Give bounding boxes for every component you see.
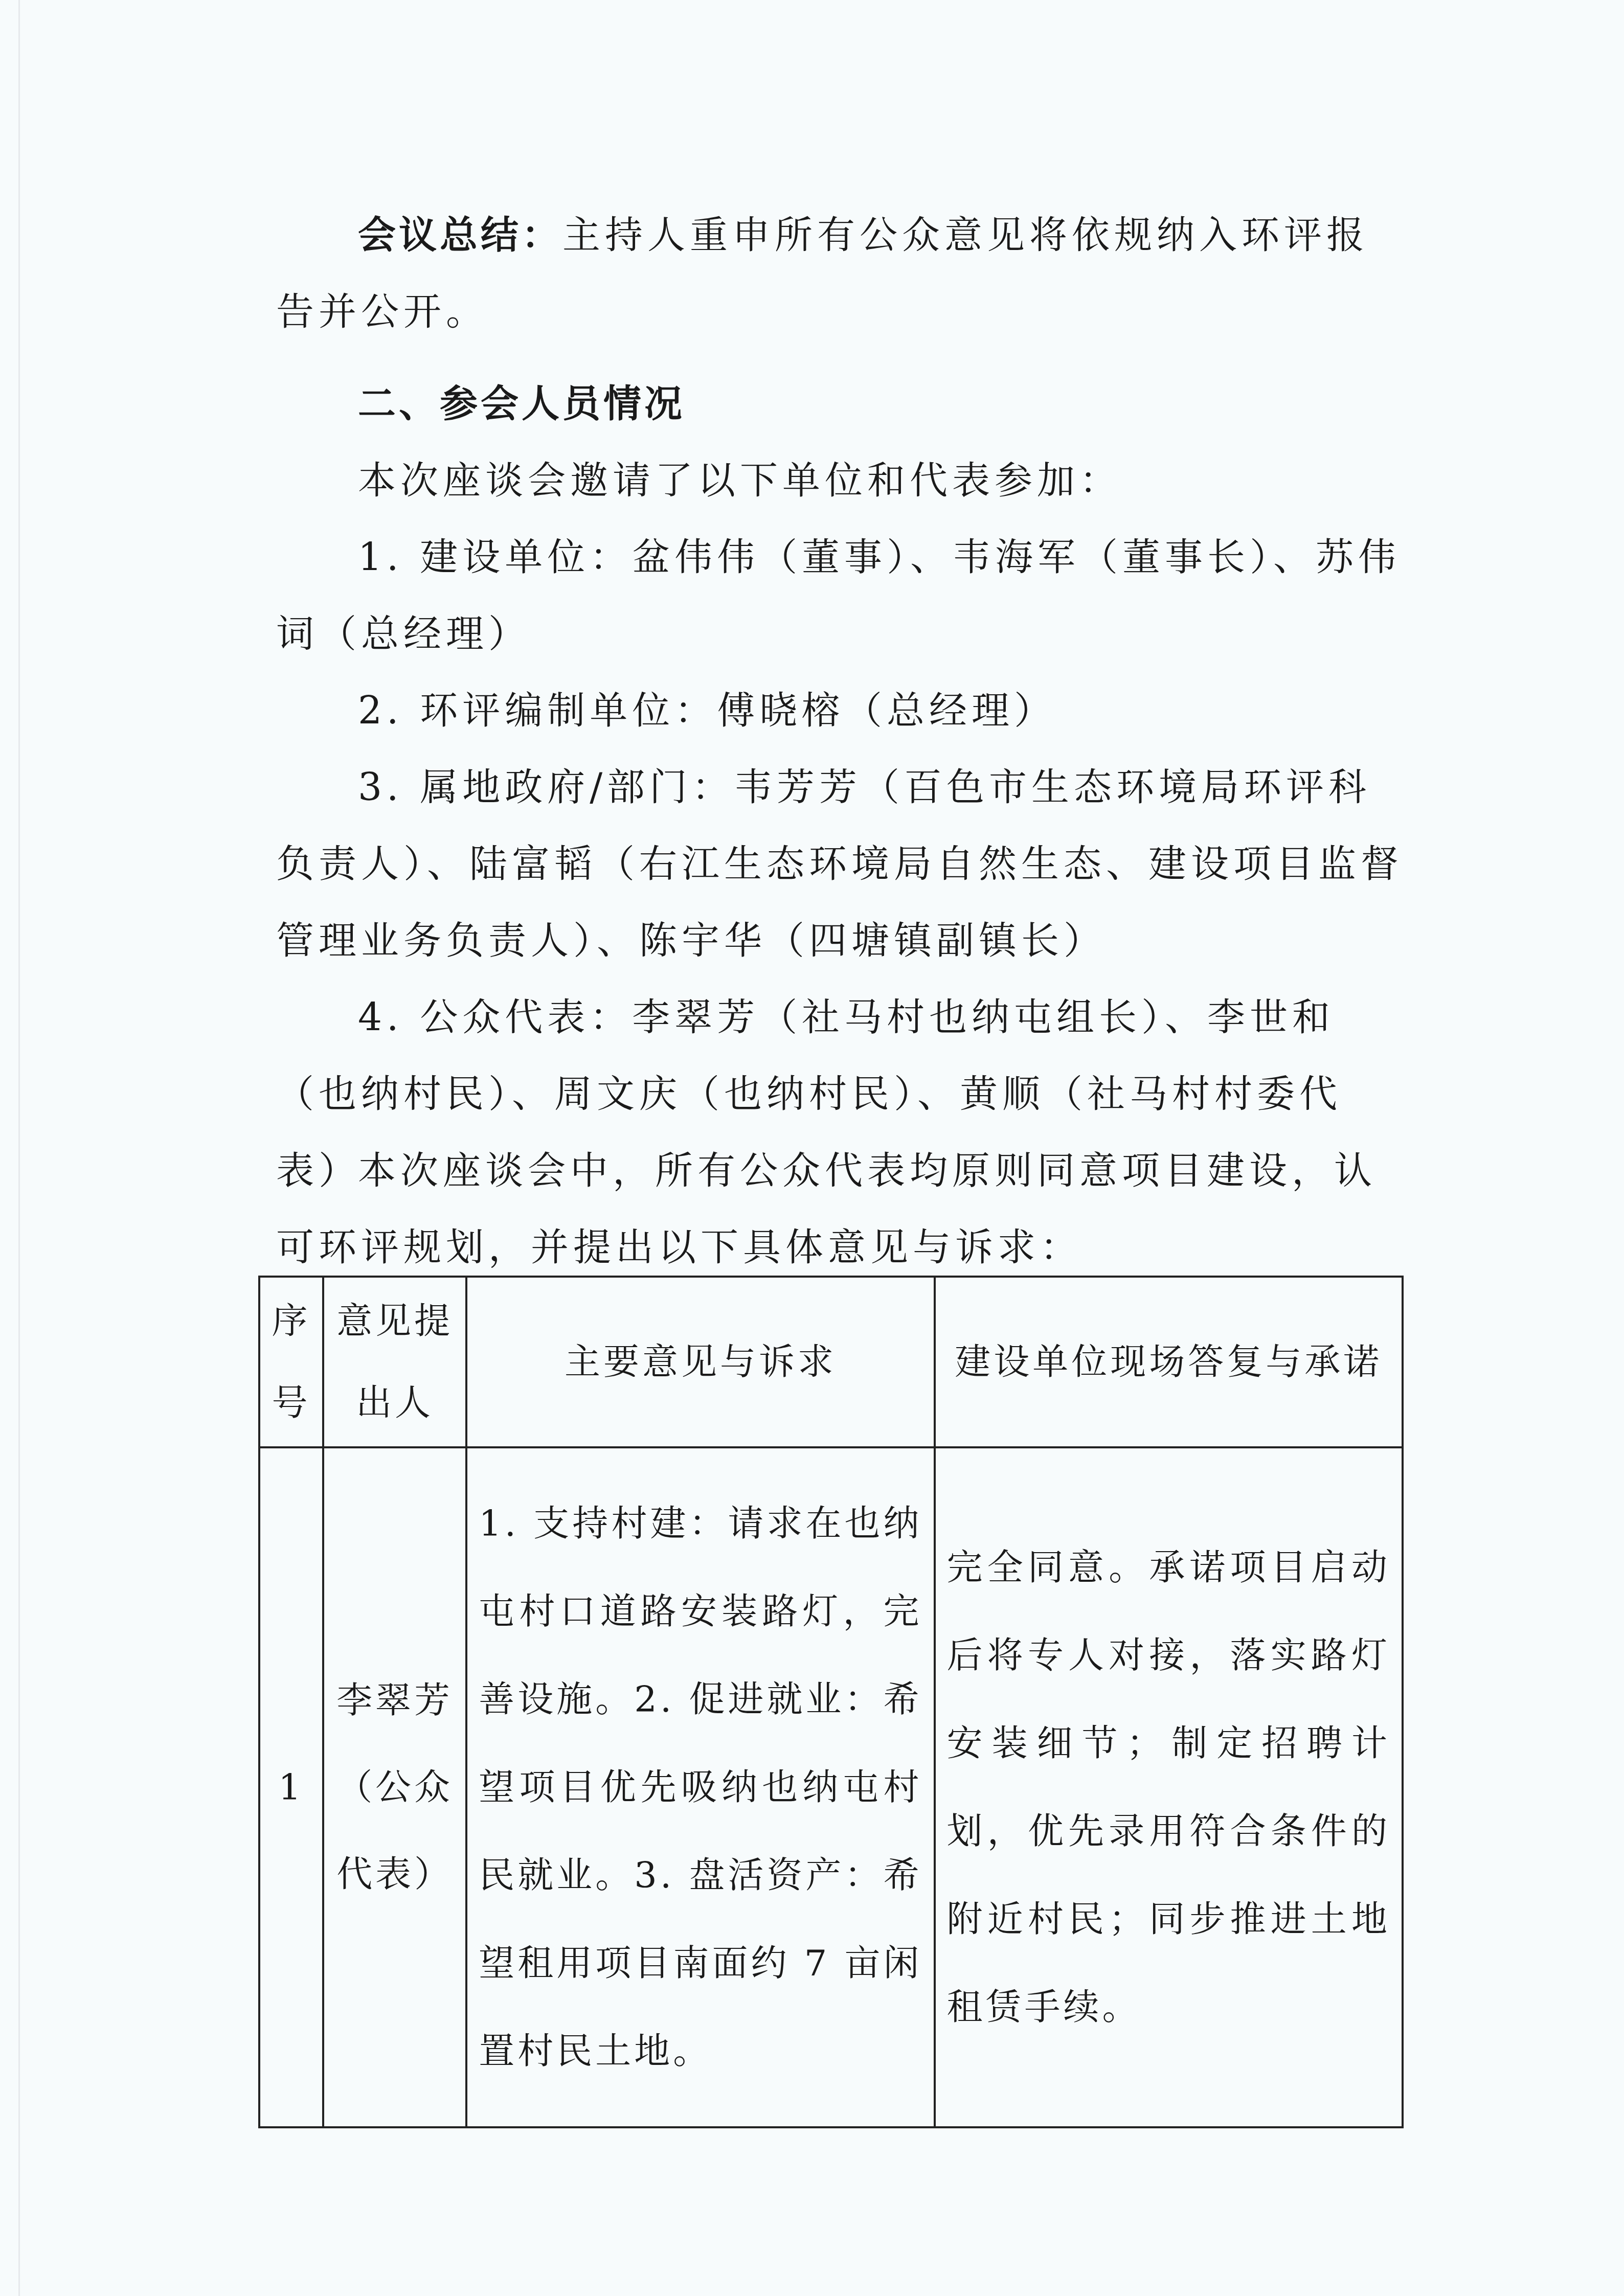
- participant-construction-unit: 1. 建设单位：盆伟伟（董事）、韦海军（董事长）、苏伟词（总经理）: [276, 519, 1406, 672]
- meeting-summary-paragraph: 会议总结：主持人重申所有公众意见将依规纳入环评报告并公开。: [276, 197, 1406, 350]
- header-opinion: 主要意见与诉求: [466, 1277, 934, 1447]
- conclusion-paragraph: 本次座谈会中，所有公众代表均原则同意项目建设，认可环评规划，并提出以下具体意见与…: [276, 1132, 1406, 1286]
- opinions-table: 序号 意见提出人 主要意见与诉求 建设单位现场答复与承诺 1 李翠芳（公众代表）…: [258, 1276, 1404, 2128]
- header-person: 意见提出人: [323, 1277, 466, 1447]
- cell-no: 1: [259, 1447, 323, 2127]
- intro-paragraph: 本次座谈会邀请了以下单位和代表参加：: [276, 442, 1406, 519]
- cell-opinion: 1. 支持村建：请求在也纳屯村口道路安装路灯，完善设施。2. 促进就业：希望项目…: [466, 1447, 934, 2127]
- participant-eia-unit: 2. 环评编制单位：傅晓榕（总经理）: [276, 672, 1406, 749]
- cell-person: 李翠芳（公众代表）: [323, 1447, 466, 2127]
- section-heading: 二、参会人员情况: [276, 366, 1406, 442]
- table-row: 1 李翠芳（公众代表） 1. 支持村建：请求在也纳屯村口道路安装路灯，完善设施。…: [259, 1447, 1403, 2127]
- header-no: 序号: [259, 1277, 323, 1447]
- header-reply: 建设单位现场答复与承诺: [935, 1277, 1403, 1447]
- meeting-summary-label: 会议总结：: [358, 213, 562, 257]
- table-header-row: 序号 意见提出人 主要意见与诉求 建设单位现场答复与承诺: [259, 1277, 1403, 1447]
- cell-reply: 完全同意。承诺项目启动后将专人对接，落实路灯安装细节；制定招聘计划，优先录用符合…: [935, 1447, 1403, 2127]
- document-page: 会议总结：主持人重申所有公众意见将依规纳入环评报告并公开。 二、参会人员情况 本…: [0, 0, 1624, 2296]
- participant-government: 3. 属地政府/部门：韦芳芳（百色市生态环境局环评科负责人）、陆富韬（右江生态环…: [276, 749, 1406, 979]
